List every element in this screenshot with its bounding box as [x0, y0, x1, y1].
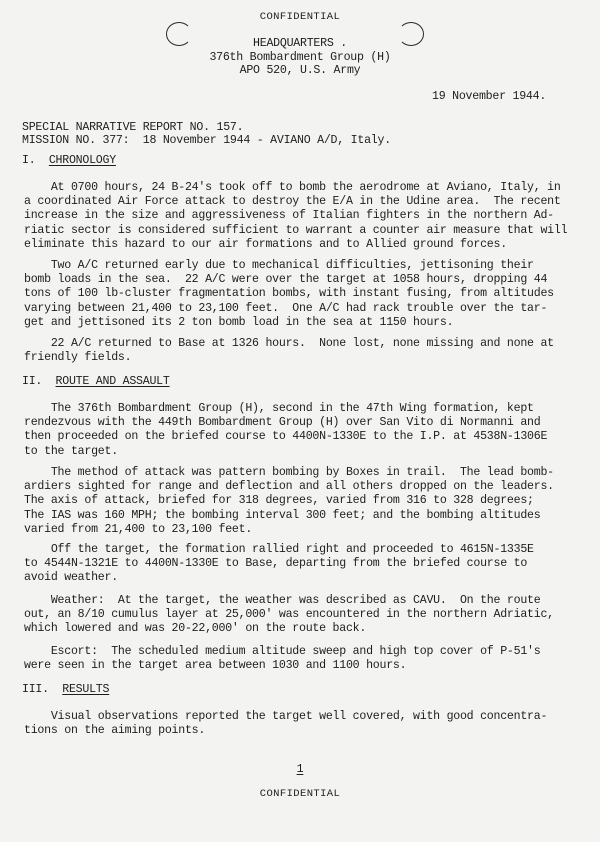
- section-number: II.: [22, 375, 42, 388]
- text-line: varied from 21,400 to 23,100 feet.: [24, 523, 584, 537]
- text-line: The axis of attack, briefed for 318 degr…: [24, 494, 584, 508]
- text-line: Escort: The scheduled medium altitude sw…: [24, 645, 584, 659]
- text-line: a coordinated Air Force attack to destro…: [24, 195, 584, 209]
- paragraph: At 0700 hours, 24 B-24's took off to bom…: [24, 181, 584, 252]
- paragraph: The method of attack was pattern bombing…: [24, 466, 584, 537]
- text-line: friendly fields.: [24, 351, 584, 365]
- report-date: 19 November 1944.: [432, 90, 546, 104]
- text-line: varying between 21,400 to 23,100 feet. O…: [24, 302, 584, 316]
- section-title: RESULTS: [62, 683, 109, 696]
- paragraph: Off the target, the formation rallied ri…: [24, 543, 584, 586]
- text-line: get and jettisoned its 2 ton bomb load i…: [24, 316, 584, 330]
- section-title: ROUTE AND ASSAULT: [56, 375, 170, 388]
- section-heading-chronology: I. CHRONOLOGY: [22, 154, 116, 168]
- text-line: ardiers sighted for range and deflection…: [24, 480, 584, 494]
- org-line-apo: APO 520, U.S. Army: [0, 64, 600, 78]
- paragraph: The 376th Bombardment Group (H), second …: [24, 402, 584, 459]
- paragraph-escort: Escort: The scheduled medium altitude sw…: [24, 645, 584, 673]
- paragraph-weather: Weather: At the target, the weather was …: [24, 594, 584, 637]
- text-line: Weather: At the target, the weather was …: [24, 594, 584, 608]
- classification-top: CONFIDENTIAL: [0, 10, 600, 24]
- classification-bottom: CONFIDENTIAL: [0, 787, 600, 801]
- text-line: rendezvous with the 449th Bombardment Gr…: [24, 416, 584, 430]
- text-line: Off the target, the formation rallied ri…: [24, 543, 584, 557]
- text-line: which lowered and was 20-22,000' on the …: [24, 622, 584, 636]
- text-line: 22 A/C returned to Base at 1326 hours. N…: [24, 337, 584, 351]
- text-line: Two A/C returned early due to mechanical…: [24, 259, 584, 273]
- section-title: CHRONOLOGY: [49, 154, 116, 167]
- text-line: tons of 100 lb-cluster fragmentation bom…: [24, 287, 584, 301]
- section-number: III.: [22, 683, 49, 696]
- org-line-hq: HEADQUARTERS .: [0, 37, 600, 51]
- section-heading-route-and-assault: II. ROUTE AND ASSAULT: [22, 375, 170, 389]
- text-line: increase in the size and aggressiveness …: [24, 209, 584, 223]
- text-line: were seen in the target area between 103…: [24, 659, 584, 673]
- text-line: to 4544N-1321E to 4400N-1330E to Base, d…: [24, 557, 584, 571]
- text-line: out, an 8/10 cumulus layer at 25,000' wa…: [24, 608, 584, 622]
- section-heading-results: III. RESULTS: [22, 683, 109, 697]
- paragraph: 22 A/C returned to Base at 1326 hours. N…: [24, 337, 584, 365]
- text-line: bomb loads in the sea. 22 A/C were over …: [24, 273, 584, 287]
- text-line: eliminate this hazard to our air formati…: [24, 238, 584, 252]
- text-line: then proceeded on the briefed course to …: [24, 430, 584, 444]
- text-line: The method of attack was pattern bombing…: [24, 466, 584, 480]
- text-line: The IAS was 160 MPH; the bombing interva…: [24, 509, 584, 523]
- section-number: I.: [22, 154, 35, 167]
- document-page: CONFIDENTIAL HEADQUARTERS . 376th Bombar…: [0, 0, 600, 842]
- text-line: Visual observations reported the target …: [24, 710, 584, 724]
- text-line: to the target.: [24, 445, 584, 459]
- mission-line: MISSION NO. 377: 18 November 1944 - AVIA…: [22, 134, 391, 148]
- page-number: 1: [0, 763, 600, 777]
- paragraph: Two A/C returned early due to mechanical…: [24, 259, 584, 330]
- text-line: riatic sector is considered sufficient t…: [24, 224, 584, 238]
- text-line: The 376th Bombardment Group (H), second …: [24, 402, 584, 416]
- text-line: At 0700 hours, 24 B-24's took off to bom…: [24, 181, 584, 195]
- paragraph: Visual observations reported the target …: [24, 710, 584, 738]
- text-line: tions on the aiming points.: [24, 724, 584, 738]
- text-line: avoid weather.: [24, 571, 584, 585]
